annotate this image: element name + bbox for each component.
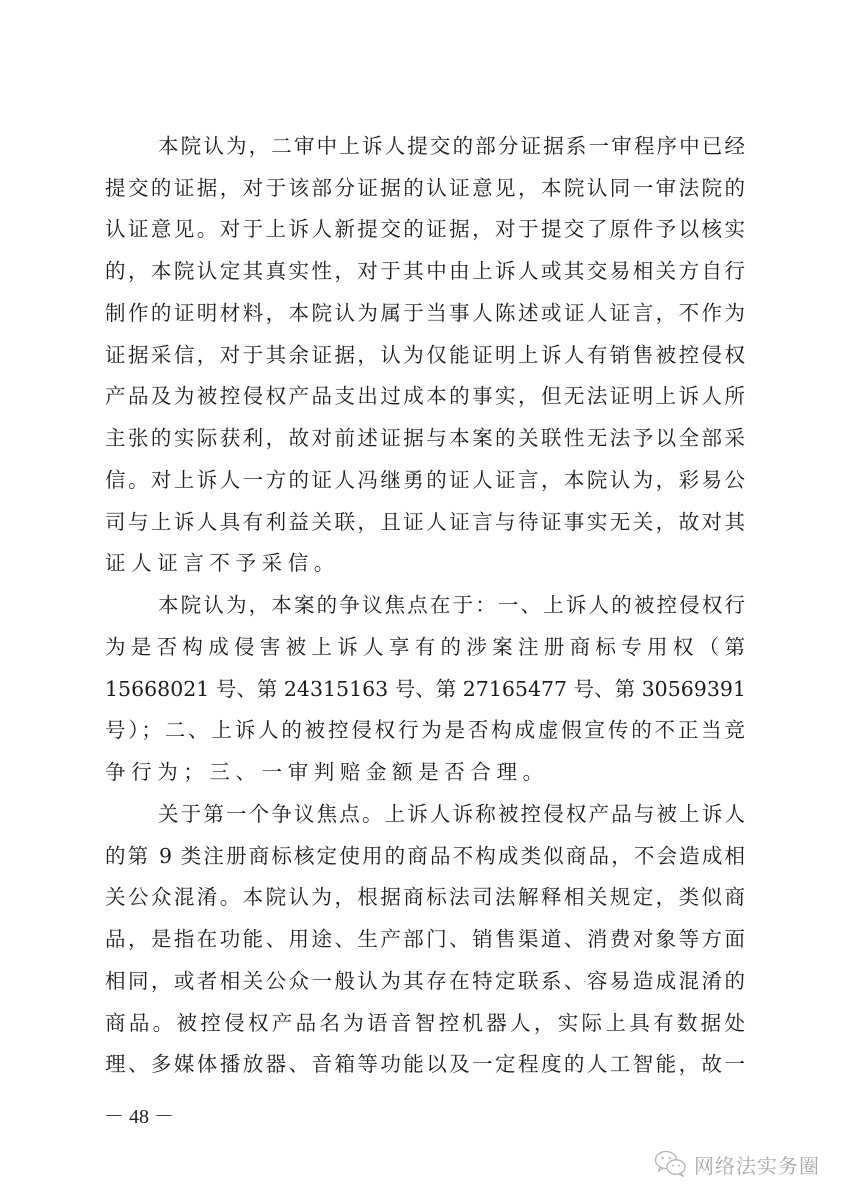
paragraph-3-line-1: 关于第一个争议焦点。上诉人诉称被控侵权产品与被上诉人 <box>158 799 745 829</box>
paragraph-2-line-2: 为是否构成侵害被上诉人享有的涉案注册商标专用权（第 <box>105 632 745 662</box>
paragraph-2-line-5: 争行为；三、一审判赔金额是否合理。 <box>105 757 745 787</box>
document-page: 本院认为，二审中上诉人提交的部分证据系一审程序中已经 提交的证据，对于该部分证据… <box>0 0 848 1200</box>
paragraph-3-line-6: 商品。被控侵权产品名为语音智控机器人，实际上具有数据处 <box>105 1008 745 1038</box>
paragraph-1-line-4: 的，本院认定其真实性，对于其中由上诉人或其交易相关方自行 <box>105 256 745 286</box>
paragraph-2-line-4: 号）；二、上诉人的被控侵权行为是否构成虚假宣传的不正当竞 <box>105 715 745 745</box>
paragraph-1-line-11: 证人证言不予采信。 <box>105 548 745 578</box>
paragraph-1-line-8: 主张的实际获利，故对前述证据与本案的关联性无法予以全部采 <box>105 423 745 453</box>
paragraph-1-line-5: 制作的证明材料，本院认为属于当事人陈述或证人证言，不作为 <box>105 298 745 328</box>
paragraph-1-line-10: 司与上诉人具有利益关联，且证人证言与待证事实无关，故对其 <box>105 507 745 537</box>
paragraph-1-line-2: 提交的证据，对于该部分证据的认证意见，本院认同一审法院的 <box>105 173 745 203</box>
paragraph-3-line-4: 品，是指在功能、用途、生产部门、销售渠道、消费对象等方面 <box>105 924 745 954</box>
paragraph-1-line-6: 证据采信，对于其余证据，认为仅能证明上诉人有销售被控侵权 <box>105 340 745 370</box>
paragraph-3-line-5: 相同，或者相关公众一般认为其存在特定联系、容易造成混淆的 <box>105 966 745 996</box>
paragraph-2-line-1: 本院认为，本案的争议焦点在于：一、上诉人的被控侵权行 <box>158 590 745 620</box>
paragraph-1-line-1: 本院认为，二审中上诉人提交的部分证据系一审程序中已经 <box>158 131 745 161</box>
paragraph-1-line-3: 认证意见。对于上诉人新提交的证据，对于提交了原件予以核实 <box>105 214 745 244</box>
watermark: 网络法实务圈 <box>654 1144 820 1184</box>
page-number: － 48 － <box>104 1104 174 1130</box>
watermark-text: 网络法实务圈 <box>694 1150 820 1179</box>
paragraph-2-line-3: 15668021 号、第 24315163 号、第 27165477 号、第 3… <box>105 674 745 704</box>
paragraph-3-line-7: 理、多媒体播放器、音箱等功能以及一定程度的人工智能，故一 <box>105 1049 745 1079</box>
paragraph-1-line-7: 产品及为被控侵权产品支出过成本的事实，但无法证明上诉人所 <box>105 381 745 411</box>
paragraph-1-line-9: 信。对上诉人一方的证人冯继勇的证人证言，本院认为，彩易公 <box>105 465 745 495</box>
paragraph-3-line-3: 关公众混淆。本院认为，根据商标法司法解释相关规定，类似商 <box>105 882 745 912</box>
wechat-icon <box>654 1149 688 1179</box>
paragraph-3-line-2: 的第 9 类注册商标核定使用的商品不构成类似商品，不会造成相 <box>105 841 745 871</box>
